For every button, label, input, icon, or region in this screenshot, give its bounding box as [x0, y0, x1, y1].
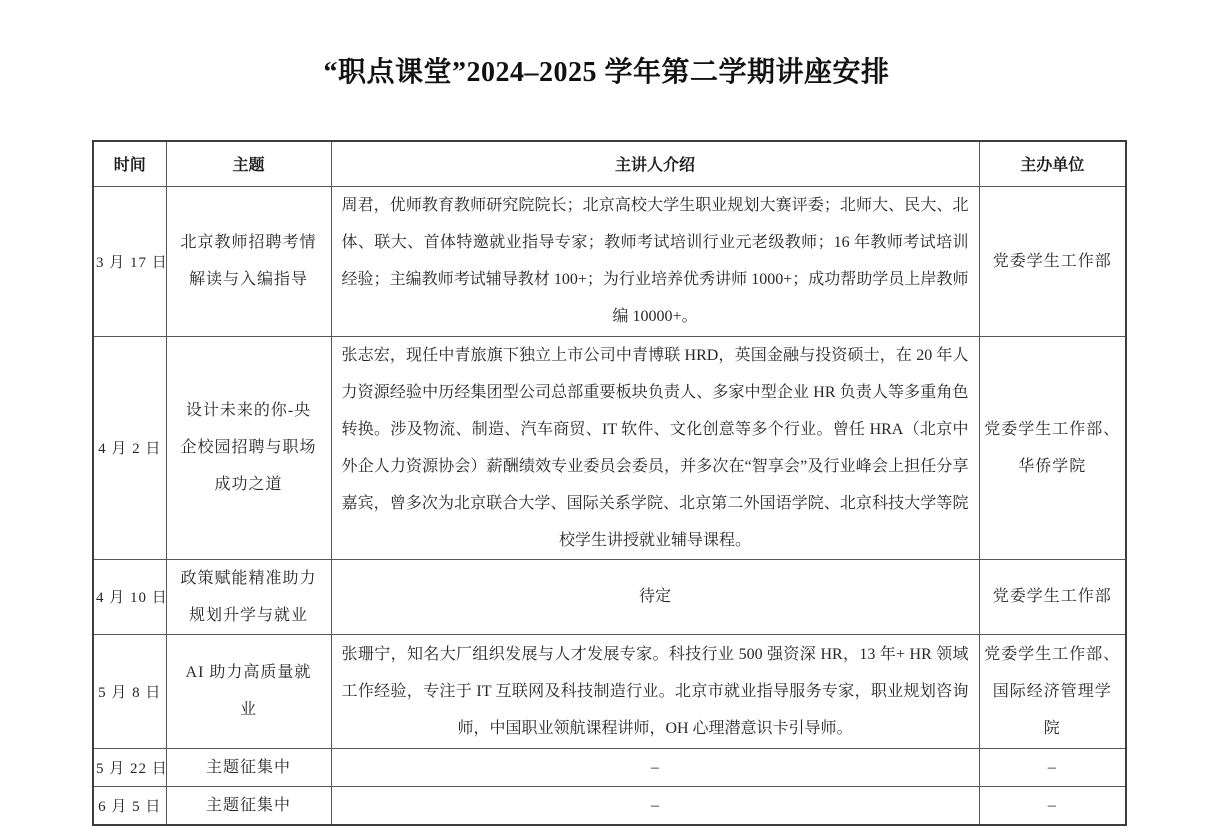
cell-topic: 设计未来的你-央 企校园招聘与职场 成功之道 [166, 336, 331, 559]
cell-organizer: 党委学生工作部、 华侨学院 [979, 336, 1126, 559]
table-header-row: 时间 主题 主讲人介绍 主办单位 [93, 141, 1126, 186]
document-page: “职点课堂”2024–2025 学年第二学期讲座安排 时间 主题 主讲人介绍 主… [0, 0, 1213, 835]
header-speaker-intro: 主讲人介绍 [331, 141, 979, 186]
header-time: 时间 [93, 141, 166, 186]
cell-date: 5 月 8 日 [93, 634, 166, 748]
cell-date: 4 月 2 日 [93, 336, 166, 559]
cell-topic: AI 助力高质量就业 [166, 634, 331, 748]
cell-speaker-intro: 待定 [331, 559, 979, 634]
table-row: 4 月 2 日 设计未来的你-央 企校园招聘与职场 成功之道 张志宏，现任中青旅… [93, 336, 1126, 559]
cell-topic: 主题征集中 [166, 786, 331, 825]
cell-date: 6 月 5 日 [93, 786, 166, 825]
table-row: 4 月 10 日 政策赋能精准助力 规划升学与就业 待定 党委学生工作部 [93, 559, 1126, 634]
cell-organizer: – [979, 786, 1126, 825]
cell-topic: 政策赋能精准助力 规划升学与就业 [166, 559, 331, 634]
header-organizer: 主办单位 [979, 141, 1126, 186]
table-row: 5 月 22 日 主题征集中 – – [93, 748, 1126, 786]
cell-topic: 主题征集中 [166, 748, 331, 786]
cell-organizer: – [979, 748, 1126, 786]
cell-date: 4 月 10 日 [93, 559, 166, 634]
cell-organizer: 党委学生工作部、 国际经济管理学 院 [979, 634, 1126, 748]
cell-speaker-intro: – [331, 748, 979, 786]
page-title: “职点课堂”2024–2025 学年第二学期讲座安排 [0, 50, 1213, 90]
cell-organizer: 党委学生工作部 [979, 186, 1126, 336]
table-row: 5 月 8 日 AI 助力高质量就业 张珊宁，知名大厂组织发展与人才发展专家。科… [93, 634, 1126, 748]
cell-speaker-intro: 周君，优师教育教师研究院院长；北京高校大学生职业规划大赛评委；北师大、民大、北体… [331, 186, 979, 336]
table-row: 3 月 17 日 北京教师招聘考情 解读与入编指导 周君，优师教育教师研究院院长… [93, 186, 1126, 336]
cell-speaker-intro: 张志宏，现任中青旅旗下独立上市公司中青博联 HRD，英国金融与投资硕士，在 20… [331, 336, 979, 559]
lecture-schedule-table: 时间 主题 主讲人介绍 主办单位 3 月 17 日 北京教师招聘考情 解读与入编… [92, 140, 1127, 826]
cell-speaker-intro: – [331, 786, 979, 825]
cell-speaker-intro: 张珊宁，知名大厂组织发展与人才发展专家。科技行业 500 强资深 HR，13 年… [331, 634, 979, 748]
cell-date: 3 月 17 日 [93, 186, 166, 336]
schedule-body: 3 月 17 日 北京教师招聘考情 解读与入编指导 周君，优师教育教师研究院院长… [93, 186, 1126, 825]
header-topic: 主题 [166, 141, 331, 186]
cell-date: 5 月 22 日 [93, 748, 166, 786]
cell-topic: 北京教师招聘考情 解读与入编指导 [166, 186, 331, 336]
table-row: 6 月 5 日 主题征集中 – – [93, 786, 1126, 825]
cell-organizer: 党委学生工作部 [979, 559, 1126, 634]
